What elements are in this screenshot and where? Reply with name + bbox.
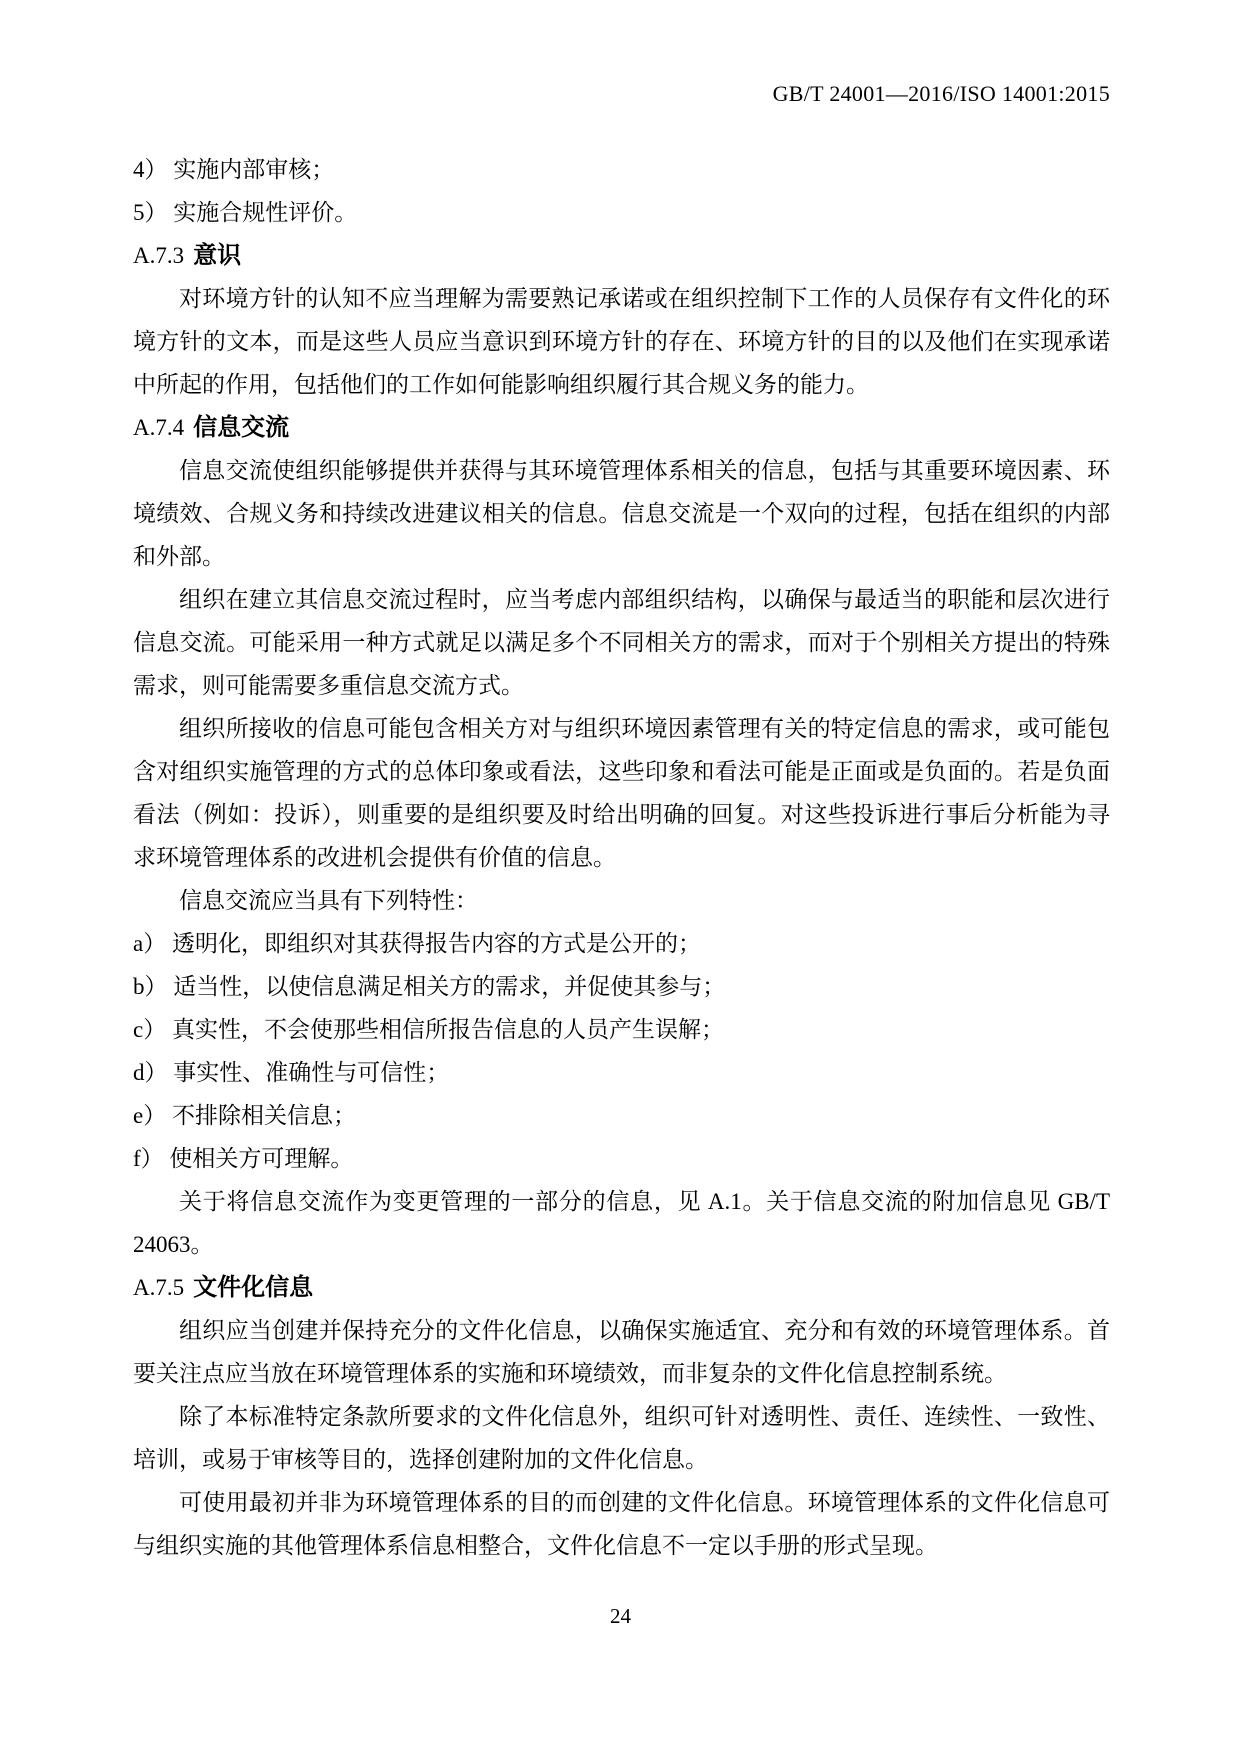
list-item-a: a） 透明化，即组织对其获得报告内容的方式是公开的； — [133, 922, 1110, 965]
list-item-4: 4） 实施内部审核； — [133, 148, 1110, 191]
section-heading-a73: A.7.3意识 — [133, 234, 1110, 277]
section-number: A.7.4 — [133, 415, 184, 440]
list-item-b: b） 适当性，以使信息满足相关方的需求，并促使其参与； — [133, 965, 1110, 1008]
section-heading-a75: A.7.5文件化信息 — [133, 1266, 1110, 1309]
section-heading-a74: A.7.4信息交流 — [133, 406, 1110, 449]
paragraph-a74-3: 组织所接收的信息可能包含相关方对与组织环境因素管理有关的特定信息的需求，或可能包… — [133, 707, 1110, 879]
section-number: A.7.5 — [133, 1275, 184, 1300]
section-title: 意识 — [193, 242, 241, 269]
list-item-5: 5） 实施合规性评价。 — [133, 191, 1110, 234]
paragraph-a74-list-lead: 信息交流应当具有下列特性： — [133, 879, 1110, 922]
section-title: 文件化信息 — [193, 1274, 313, 1301]
page-body: 4） 实施内部审核； 5） 实施合规性评价。 A.7.3意识 对环境方针的认知不… — [133, 148, 1110, 1567]
list-item-d: d） 事实性、准确性与可信性； — [133, 1051, 1110, 1094]
section-title: 信息交流 — [193, 414, 289, 441]
paragraph-a75-1: 组织应当创建并保持充分的文件化信息，以确保实施适宜、充分和有效的环境管理体系。首… — [133, 1309, 1110, 1395]
paragraph-a73-1: 对环境方针的认知不应当理解为需要熟记承诺或在组织控制下工作的人员保存有文件化的环… — [133, 277, 1110, 406]
paragraph-a74-1: 信息交流使组织能够提供并获得与其环境管理体系相关的信息，包括与其重要环境因素、环… — [133, 449, 1110, 578]
list-item-f: f） 使相关方可理解。 — [133, 1137, 1110, 1180]
paragraph-a74-2: 组织在建立其信息交流过程时，应当考虑内部组织结构，以确保与最适当的职能和层次进行… — [133, 578, 1110, 707]
paragraph-a75-2: 除了本标准特定条款所要求的文件化信息外，组织可针对透明性、责任、连续性、一致性、… — [133, 1395, 1110, 1481]
page-number: 24 — [0, 1600, 1241, 1632]
paragraph-a75-3: 可使用最初并非为环境管理体系的目的而创建的文件化信息。环境管理体系的文件化信息可… — [133, 1481, 1110, 1567]
standard-number-header: GB/T 24001—2016/ISO 14001:2015 — [773, 82, 1110, 106]
section-number: A.7.3 — [133, 243, 184, 268]
document-page: GB/T 24001—2016/ISO 14001:2015 4） 实施内部审核… — [0, 0, 1241, 1755]
list-item-c: c） 真实性，不会使那些相信所报告信息的人员产生误解； — [133, 1008, 1110, 1051]
paragraph-a74-5: 关于将信息交流作为变更管理的一部分的信息，见 A.1。关于信息交流的附加信息见 … — [133, 1180, 1110, 1266]
list-item-e: e） 不排除相关信息； — [133, 1094, 1110, 1137]
